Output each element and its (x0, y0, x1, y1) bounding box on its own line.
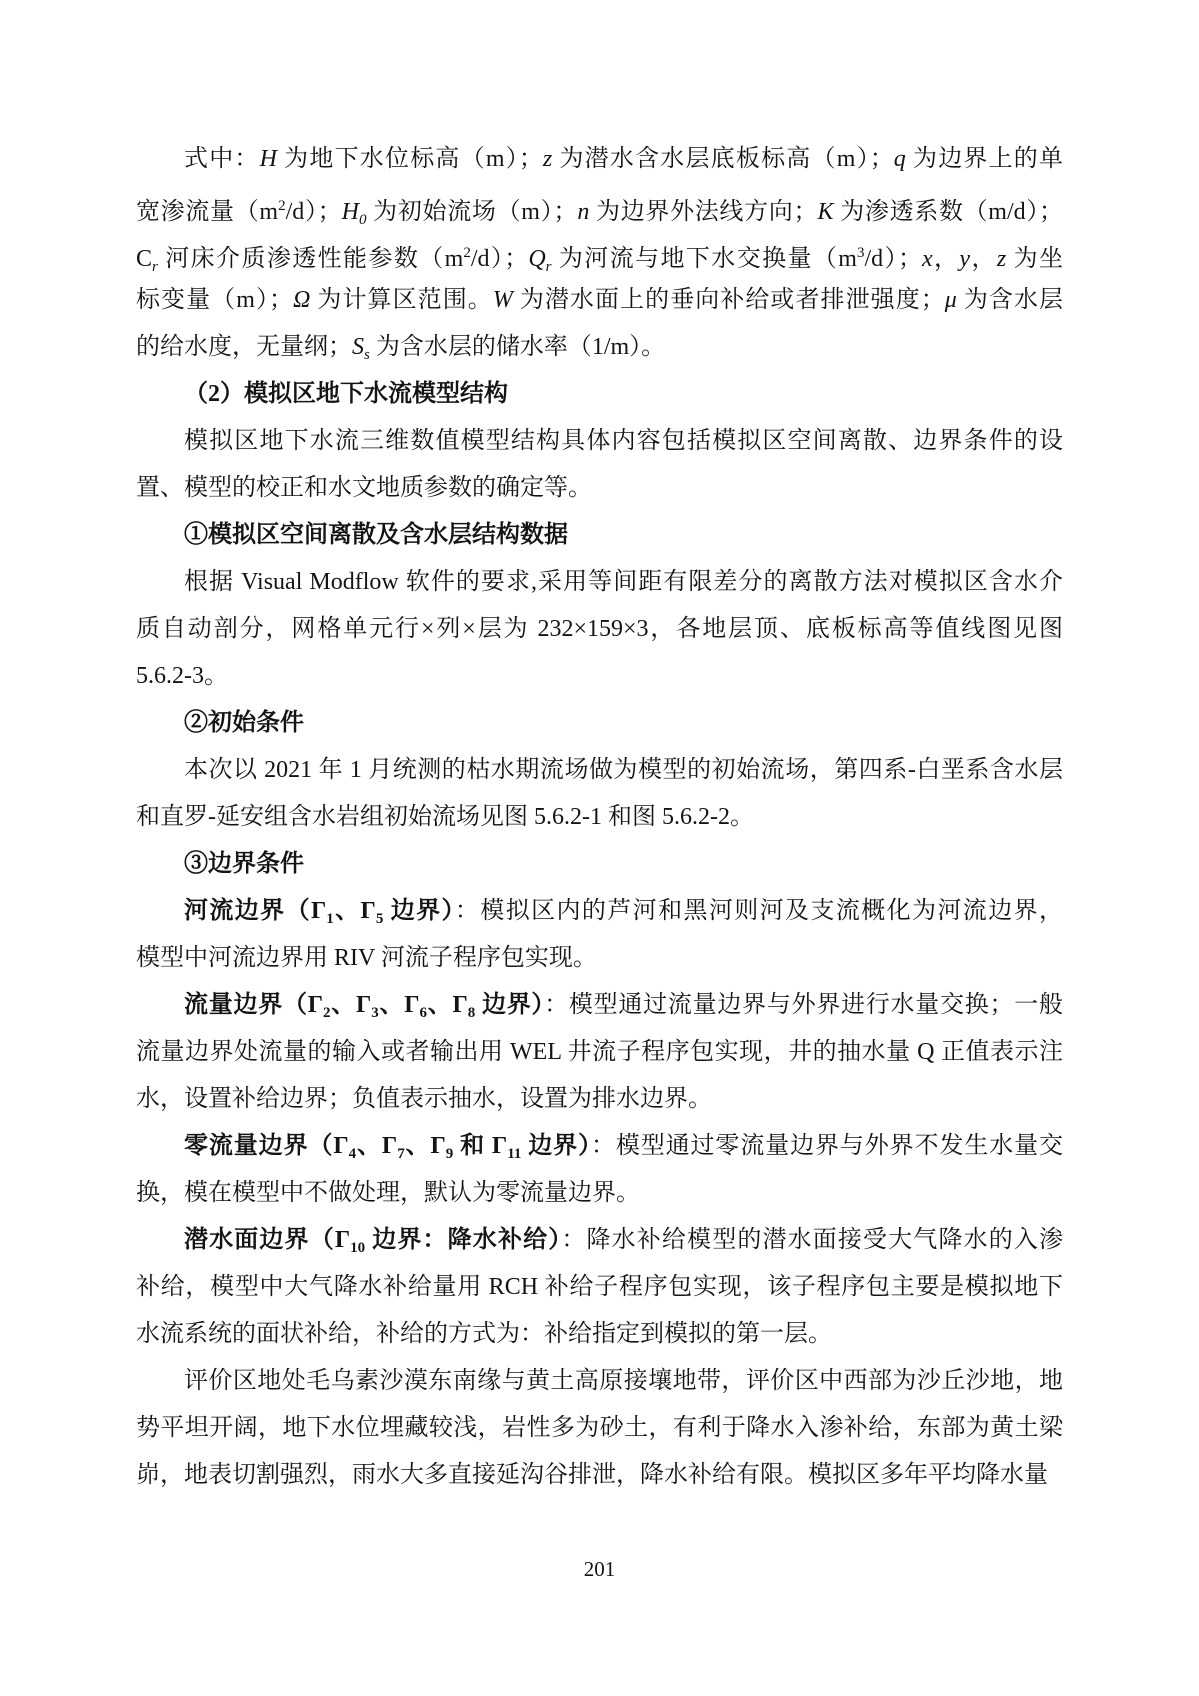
text-run: 置、模型的校正和水文地质参数的确定等。 (136, 475, 592, 501)
text-run: 河床介质渗透性能参数（m (158, 246, 463, 272)
text-run: 为含水层 (957, 287, 1063, 313)
text-run: 为边界外法线方向； (589, 199, 817, 225)
text-run: 评价区地处毛乌素沙漠东南缘与黄土高原接壤地带，评价区中西部为沙丘沙地，地 (184, 1368, 1063, 1394)
text-run: 本次以 2021 年 1 月统测的枯水期流场做为模型的初始流场，第四系-白垩系含… (184, 757, 1063, 783)
text-run: ：模型通过流量边界与外界进行水量交换；一般 (544, 992, 1063, 1018)
text-run: 为渗透系数（m/d）； (834, 199, 1063, 225)
text-line: 质自动剖分，网格单元行×列×层为 232×159×3，各地层顶、底板标高等值线图… (136, 606, 1063, 653)
text-run: 1 (326, 911, 334, 927)
text-run: x (922, 246, 933, 272)
text-run: 为潜水面上的垂向补给或者排泄强度； (513, 287, 945, 313)
text-run: 边界：降水补给） (365, 1227, 561, 1253)
text-line: 模拟区地下水流三维数值模型结构具体内容包括模拟区空间离散、边界条件的设 (136, 418, 1063, 465)
page-number: 201 (0, 1556, 1199, 1582)
text-run: n (577, 199, 589, 225)
text-run: 3 (371, 1005, 379, 1021)
text-run: 宽渗流量（m (136, 199, 278, 225)
text-run: 为计算区范围。 (310, 287, 492, 313)
text-run: 、Γ (334, 898, 376, 924)
text-run: 、Γ (356, 1133, 397, 1159)
text-run: K (818, 199, 834, 225)
text-run: 和直罗-延安组含水岩组初始流场见图 5.6.2-1 和图 5.6.2-2。 (136, 804, 754, 830)
text-line: 根据 Visual Modflow 软件的要求,采用等间距有限差分的离散方法对模… (136, 559, 1063, 606)
document-body: 式中：H 为地下水位标高（m）；z 为潜水含水层底板标高（m）；q 为边界上的单… (136, 136, 1063, 1499)
text-run: /d）； (286, 199, 342, 225)
text-run: 边界） (383, 898, 455, 924)
text-run: 模拟区地下水流三维数值模型结构具体内容包括模拟区空间离散、边界条件的设 (184, 428, 1063, 454)
text-run: （2）模拟区地下水流模型结构 (184, 381, 508, 407)
text-run: 潜水面边界（Γ (184, 1227, 350, 1253)
text-run: 为潜水含水层底板标高（m）； (552, 146, 894, 172)
text-run: ：降水补给模型的潜水面接受大气降水的入渗 (561, 1227, 1063, 1253)
text-run: 、Γ (330, 992, 371, 1018)
text-line: 评价区地处毛乌素沙漠东南缘与黄土高原接壤地带，评价区中西部为沙丘沙地，地 (136, 1358, 1063, 1405)
text-run: 水流系统的面状补给，补给的方式为：补给指定到模拟的第一层。 (136, 1321, 832, 1347)
text-line: 置、模型的校正和水文地质参数的确定等。 (136, 465, 1063, 512)
text-run: 为河流与地下水交换量（m (552, 246, 857, 272)
section-heading: ①模拟区空间离散及含水层结构数据 (136, 512, 1063, 559)
text-run: ②初始条件 (184, 710, 304, 736)
text-run: 为含水层的储水率（1/m）。 (370, 334, 665, 360)
text-line: 流量边界处流量的输入或者输出用 WEL 井流子程序包实现，井的抽水量 Q 正值表… (136, 1029, 1063, 1076)
text-run: ①模拟区空间离散及含水层结构数据 (184, 522, 568, 548)
text-run: 、Γ (379, 992, 420, 1018)
text-run: /d）； (864, 246, 921, 272)
text-line: 河流边界（Γ1、Γ5 边界）：模拟区内的芦河和黑河则河及支流概化为河流边界， (136, 888, 1063, 935)
text-run: 式中： (184, 146, 260, 172)
text-run: 5.6.2-3。 (136, 663, 228, 689)
text-line: 宽渗流量（m2/d）；H0 为初始流场（m）；n 为边界外法线方向；K 为渗透系… (136, 183, 1063, 230)
text-line: 潜水面边界（Γ10 边界：降水补给）：降水补给模型的潜水面接受大气降水的入渗 (136, 1217, 1063, 1264)
text-run: Ω (293, 287, 310, 313)
text-line: 标变量（m）；Ω 为计算区范围。W 为潜水面上的垂向补给或者排泄强度；μ 为含水… (136, 277, 1063, 324)
text-run: ：模型通过零流量边界与外界不发生水量交 (591, 1133, 1063, 1159)
text-run: 、Γ (427, 992, 468, 1018)
text-run: 河流边界（Γ (184, 898, 326, 924)
text-run: 换，模在模型中不做处理，默认为零流量边界。 (136, 1180, 640, 1206)
text-line: 的给水度，无量纲；Ss 为含水层的储水率（1/m）。 (136, 324, 1063, 371)
text-run: 的给水度，无量纲； (136, 334, 352, 360)
text-run: 模型中河流边界用 RIV 河流子程序包实现。 (136, 945, 597, 971)
text-run: 补给，模型中大气降水补给量用 RCH 补给子程序包实现，该子程序包主要是模拟地下 (136, 1274, 1063, 1300)
text-line: 模型中河流边界用 RIV 河流子程序包实现。 (136, 935, 1063, 982)
text-run: C (136, 246, 152, 272)
text-run: 为边界上的单 (906, 146, 1063, 172)
text-run: y (959, 246, 970, 272)
text-run: 、Γ (405, 1133, 446, 1159)
text-run: ：模拟区内的芦河和黑河则河及支流概化为河流边界， (455, 898, 1063, 924)
text-run: 标变量（m）； (136, 287, 293, 313)
text-run: 10 (350, 1240, 365, 1256)
text-run: 峁，地表切割强烈，雨水大多直接延沟谷排泄，降水补给有限。模拟区多年平均降水量 (136, 1462, 1048, 1488)
text-line: 补给，模型中大气降水补给量用 RCH 补给子程序包实现，该子程序包主要是模拟地下 (136, 1264, 1063, 1311)
text-line: 和直罗-延安组含水岩组初始流场见图 5.6.2-1 和图 5.6.2-2。 (136, 794, 1063, 841)
text-line: 本次以 2021 年 1 月统测的枯水期流场做为模型的初始流场，第四系-白垩系含… (136, 747, 1063, 794)
text-run: 流量边界处流量的输入或者输出用 WEL 井流子程序包实现，井的抽水量 Q 正值表… (136, 1039, 1063, 1065)
text-run: ③边界条件 (184, 851, 304, 877)
text-run: ， (970, 246, 997, 272)
text-line: 零流量边界（Γ4、Γ7、Γ9 和 Γ11 边界）：模型通过零流量边界与外界不发生… (136, 1123, 1063, 1170)
text-run: 为地下水位标高（m）； (277, 146, 543, 172)
text-run: 为坐 (1006, 246, 1063, 272)
text-run: H (342, 199, 359, 225)
text-line: 势平坦开阔，地下水位埋藏较浅，岩性多为砂土，有利于降水入渗补给，东部为黄土梁 (136, 1405, 1063, 1452)
text-run: z (543, 146, 552, 172)
text-run: 流量边界（Γ (184, 992, 323, 1018)
text-line: Cr 河床介质渗透性能参数（m2/d）；Qr 为河流与地下水交换量（m3/d）；… (136, 230, 1063, 277)
text-line: 水，设置补给边界；负值表示抽水，设置为排水边界。 (136, 1076, 1063, 1123)
text-run: 水，设置补给边界；负值表示抽水，设置为排水边界。 (136, 1086, 712, 1112)
document-page: { "page": { "number": "201" }, "document… (0, 0, 1199, 1696)
text-run: 为初始流场（m）； (366, 199, 577, 225)
text-run: 边界） (475, 992, 544, 1018)
text-run: 零流量边界（Γ (184, 1133, 349, 1159)
text-run: q (894, 146, 906, 172)
section-heading: ②初始条件 (136, 700, 1063, 747)
text-run: μ (945, 287, 957, 313)
text-run: Q (528, 246, 545, 272)
text-run: 势平坦开阔，地下水位埋藏较浅，岩性多为砂土，有利于降水入渗补给，东部为黄土梁 (136, 1415, 1063, 1441)
text-line: 流量边界（Γ2、Γ3、Γ6、Γ8 边界）：模型通过流量边界与外界进行水量交换；一… (136, 982, 1063, 1029)
text-run: 2 (463, 245, 471, 261)
text-line: 式中：H 为地下水位标高（m）；z 为潜水含水层底板标高（m）；q 为边界上的单 (136, 136, 1063, 183)
text-run: 7 (397, 1146, 405, 1162)
text-line: 换，模在模型中不做处理，默认为零流量边界。 (136, 1170, 1063, 1217)
text-run: 4 (349, 1146, 357, 1162)
text-run: 11 (507, 1146, 521, 1162)
text-run: 2 (278, 198, 286, 214)
section-heading: （2）模拟区地下水流模型结构 (136, 371, 1063, 418)
text-line: 峁，地表切割强烈，雨水大多直接延沟谷排泄，降水补给有限。模拟区多年平均降水量 (136, 1452, 1063, 1499)
text-run: 6 (419, 1005, 427, 1021)
text-run: /d）； (471, 246, 528, 272)
text-run: S (352, 334, 364, 360)
section-heading: ③边界条件 (136, 841, 1063, 888)
text-run: 和 Γ (453, 1133, 507, 1159)
text-run: z (997, 246, 1006, 272)
text-run: 边界） (521, 1133, 591, 1159)
text-line: 5.6.2-3。 (136, 653, 1063, 700)
text-run: H (260, 146, 277, 172)
text-line: 水流系统的面状补给，补给的方式为：补给指定到模拟的第一层。 (136, 1311, 1063, 1358)
text-run: 质自动剖分，网格单元行×列×层为 232×159×3，各地层顶、底板标高等值线图… (136, 616, 1063, 642)
text-run: 根据 Visual Modflow 软件的要求,采用等间距有限差分的离散方法对模… (184, 569, 1063, 595)
text-run: W (493, 287, 513, 313)
text-run: ， (933, 246, 960, 272)
